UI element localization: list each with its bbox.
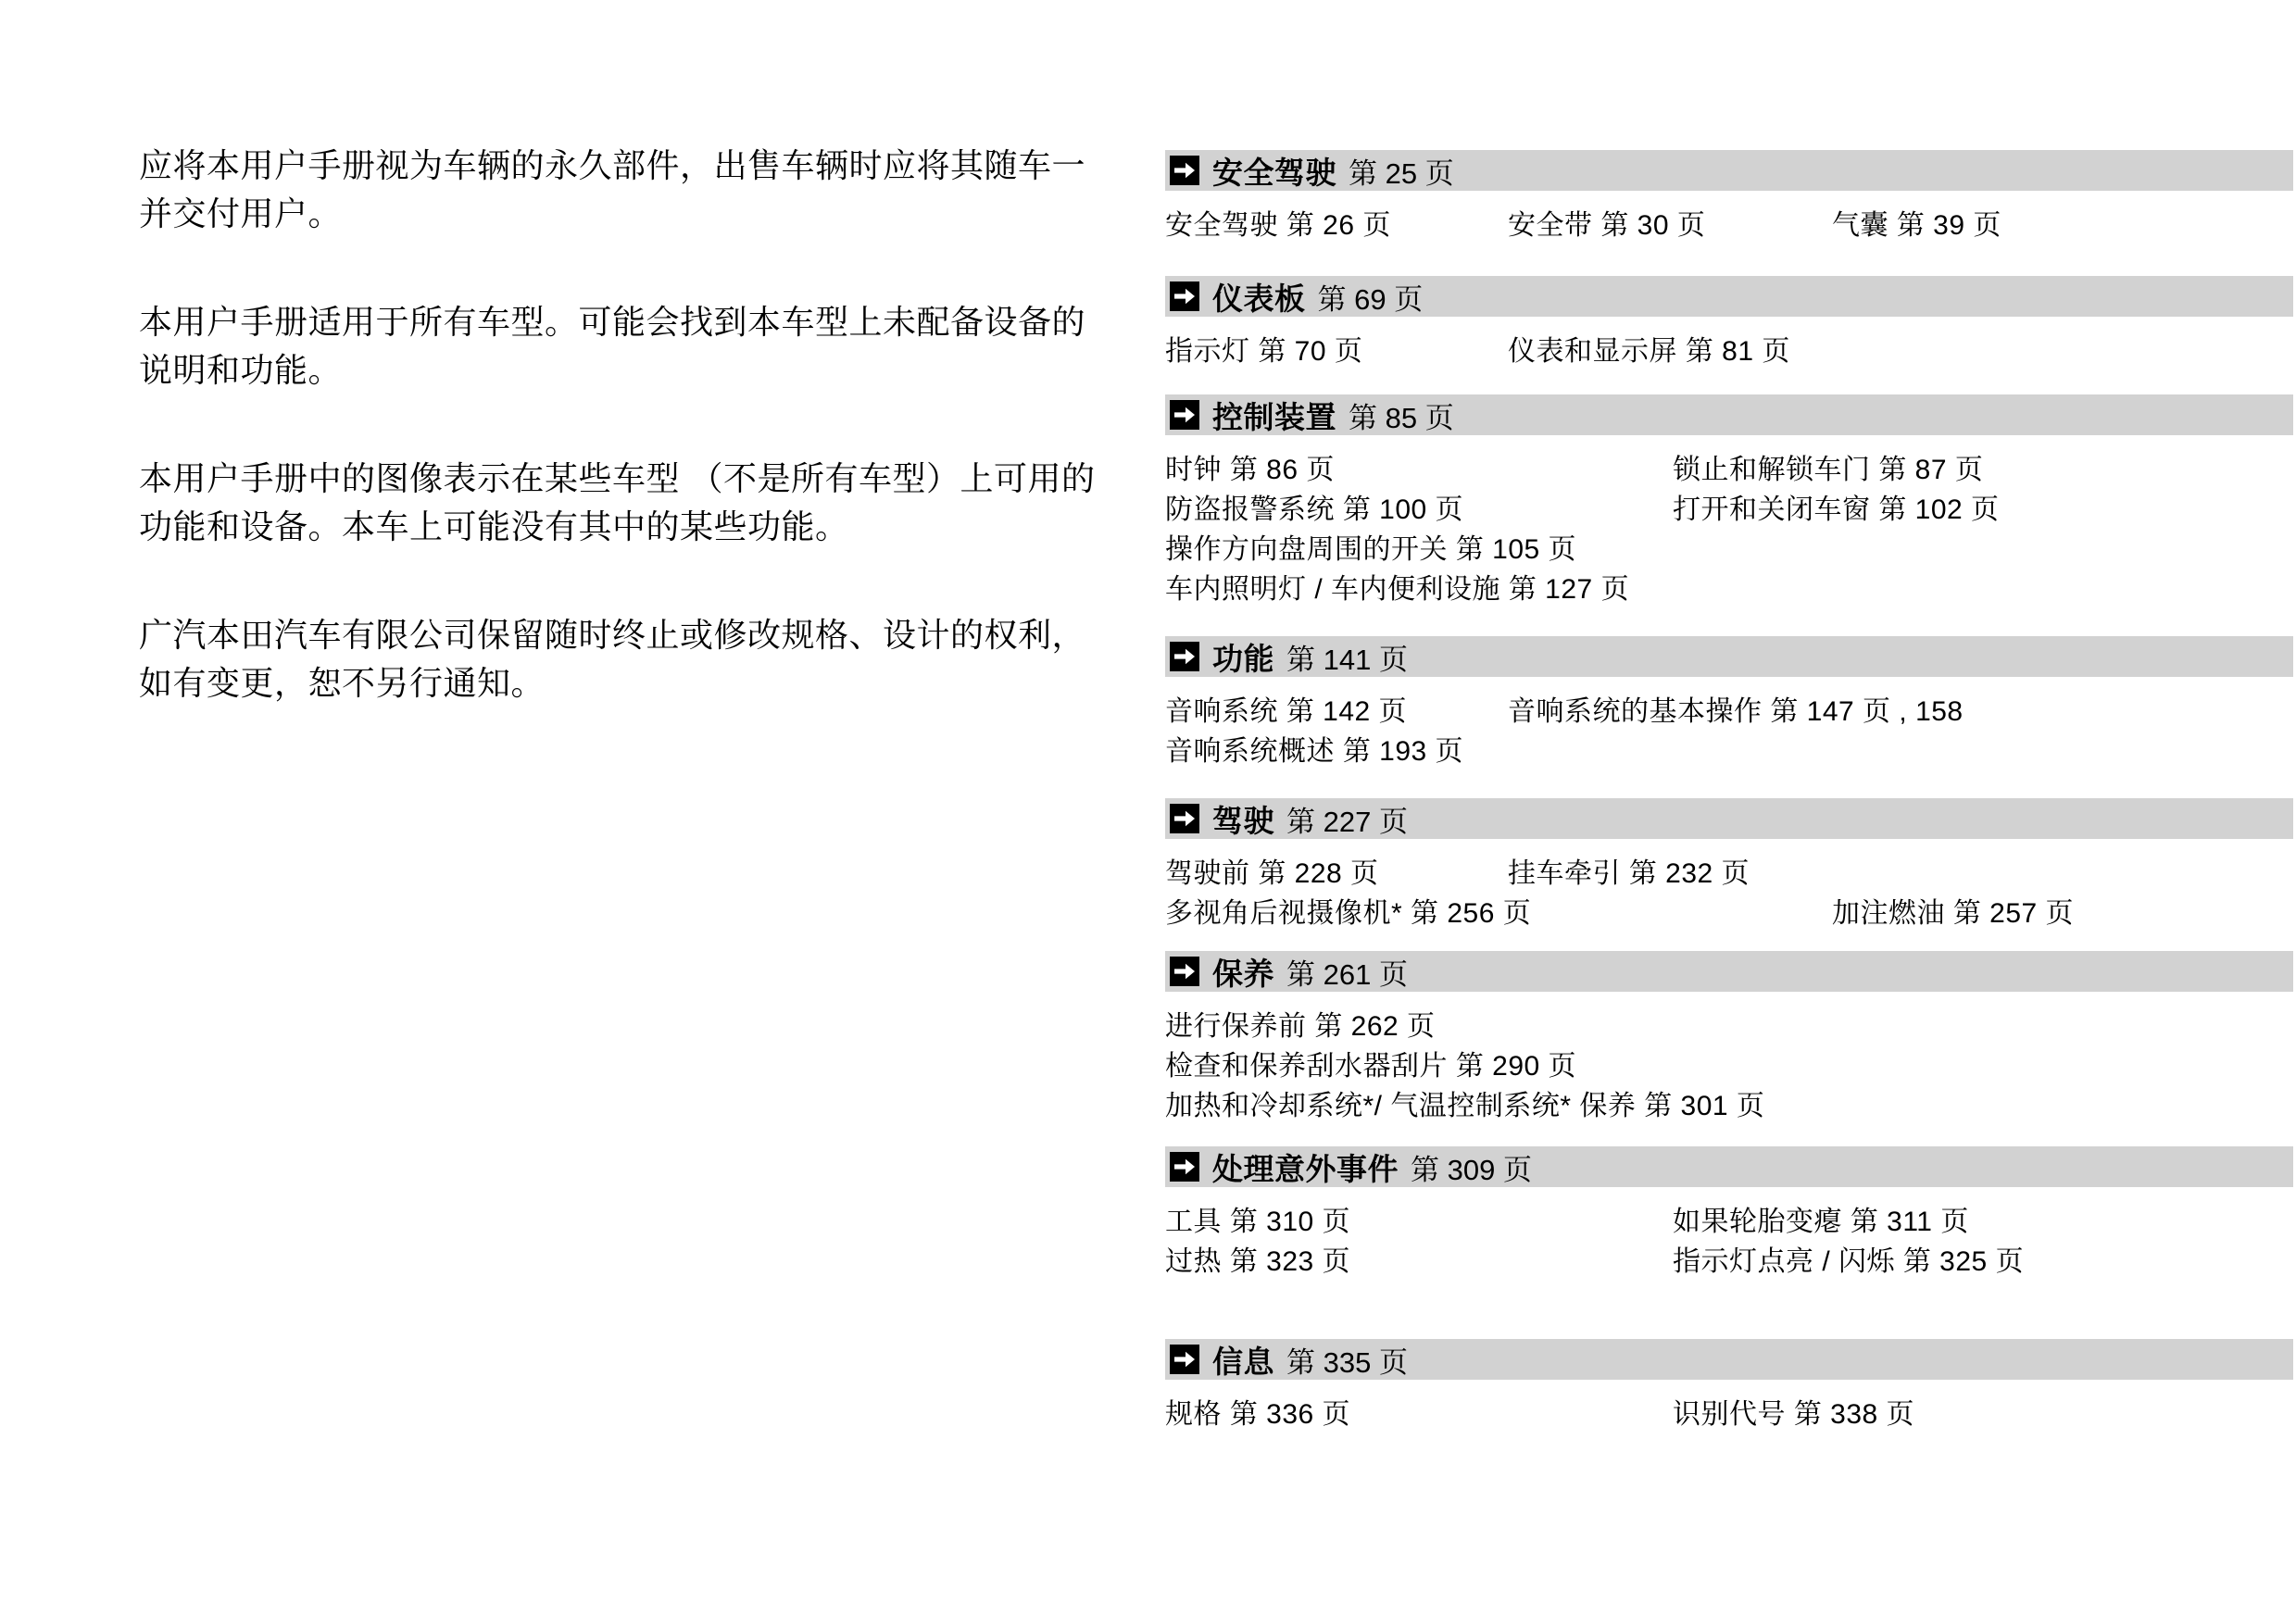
section-entries: 时钟 第 86 页 锁止和解锁车门 第 87 页 防盗报警系统 第 100 页 …	[1165, 435, 2293, 609]
arrow-right-icon	[1170, 1345, 1199, 1374]
intro-paragraph: 广汽本田汽车有限公司保留随时终止或修改规格、设计的权利， 如有变更，恕不另行通知…	[139, 611, 1176, 707]
entry-row: 音响系统概述 第 193 页	[1165, 732, 2293, 771]
toc-entry[interactable]: 锁止和解锁车门 第 87 页	[1673, 450, 1983, 490]
toc-entry[interactable]: 时钟 第 86 页	[1165, 450, 1335, 490]
toc-section-instrument-panel: 仪表板 第 69 页 指示灯 第 70 页 仪表和显示屏 第 81 页	[1165, 276, 2293, 371]
toc-entry[interactable]: 加注燃油 第 257 页	[1832, 894, 2074, 933]
arrow-right-icon	[1170, 156, 1199, 185]
section-page-ref: 第 25 页	[1349, 150, 1454, 192]
intro-line: 应将本用户手册视为车辆的永久部件，出售车辆时应将其随车一	[139, 142, 1176, 190]
toc-entry[interactable]: 如果轮胎变瘪 第 311 页	[1673, 1202, 1969, 1242]
section-header[interactable]: 仪表板 第 69 页	[1165, 276, 2293, 317]
section-title: 处理意外事件	[1212, 1145, 1399, 1189]
section-page-ref: 第 227 页	[1286, 798, 1408, 840]
intro-paragraph: 应将本用户手册视为车辆的永久部件，出售车辆时应将其随车一 并交付用户。	[139, 142, 1176, 238]
entry-row: 过热 第 323 页 指示灯点亮 / 闪烁 第 325 页	[1165, 1242, 2293, 1282]
toc-entry[interactable]: 驾驶前 第 228 页	[1165, 854, 1379, 894]
intro-paragraph: 本用户手册适用于所有车型。可能会找到本车型上未配备设备的 说明和功能。	[139, 298, 1176, 394]
section-page-ref: 第 69 页	[1318, 276, 1424, 318]
section-page-ref: 第 261 页	[1286, 951, 1408, 993]
section-entries: 规格 第 336 页 识别代号 第 338 页	[1165, 1380, 2293, 1434]
intro-line: 本用户手册中的图像表示在某些车型 （不是所有车型）上可用的	[139, 455, 1176, 503]
section-entries: 指示灯 第 70 页 仪表和显示屏 第 81 页	[1165, 317, 2293, 371]
entry-row: 车内照明灯 / 车内便利设施 第 127 页	[1165, 569, 2293, 609]
toc-section-maintenance: 保养 第 261 页 进行保养前 第 262 页 检查和保养刮水器刮片 第 29…	[1165, 951, 2293, 1126]
section-title: 信息	[1212, 1338, 1274, 1382]
intro-line: 功能和设备。本车上可能没有其中的某些功能。	[139, 503, 1176, 551]
section-header[interactable]: 处理意外事件 第 309 页	[1165, 1146, 2293, 1187]
toc-entry[interactable]: 指示灯点亮 / 闪烁 第 325 页	[1673, 1242, 2024, 1282]
toc-section-handling-unexpected: 处理意外事件 第 309 页 工具 第 310 页 如果轮胎变瘪 第 311 页…	[1165, 1146, 2293, 1282]
entry-row: 进行保养前 第 262 页	[1165, 1007, 2293, 1046]
toc-entry[interactable]: 打开和关闭车窗 第 102 页	[1673, 490, 2000, 530]
section-header[interactable]: 驾驶 第 227 页	[1165, 798, 2293, 839]
section-title: 保养	[1212, 950, 1274, 994]
section-header[interactable]: 安全驾驶 第 25 页	[1165, 150, 2293, 191]
toc-entry[interactable]: 音响系统的基本操作 第 147 页 , 158	[1508, 692, 1964, 732]
toc-entry[interactable]: 安全驾驶 第 26 页	[1165, 206, 1391, 245]
toc-section-features: 功能 第 141 页 音响系统 第 142 页 音响系统的基本操作 第 147 …	[1165, 636, 2293, 771]
section-entries: 驾驶前 第 228 页 挂车牵引 第 232 页 多视角后视摄像机* 第 256…	[1165, 839, 2293, 933]
section-title: 功能	[1212, 635, 1274, 679]
arrow-right-icon	[1170, 804, 1199, 833]
section-page-ref: 第 309 页	[1411, 1146, 1532, 1188]
entry-row: 音响系统 第 142 页 音响系统的基本操作 第 147 页 , 158	[1165, 692, 2293, 732]
toc-section-driving: 驾驶 第 227 页 驾驶前 第 228 页 挂车牵引 第 232 页 多视角后…	[1165, 798, 2293, 933]
toc-entry[interactable]: 操作方向盘周围的开关 第 105 页	[1165, 530, 1576, 569]
intro-line: 本用户手册适用于所有车型。可能会找到本车型上未配备设备的	[139, 298, 1176, 346]
section-entries: 安全驾驶 第 26 页 安全带 第 30 页 气囊 第 39 页	[1165, 191, 2293, 245]
toc-entry[interactable]: 加热和冷却系统*/ 气温控制系统* 保养 第 301 页	[1165, 1086, 1764, 1126]
section-page-ref: 第 141 页	[1286, 636, 1408, 678]
section-page-ref: 第 85 页	[1349, 394, 1454, 436]
toc-entry[interactable]: 仪表和显示屏 第 81 页	[1508, 332, 1790, 371]
toc-entry[interactable]: 音响系统概述 第 193 页	[1165, 732, 1463, 771]
entry-row: 多视角后视摄像机* 第 256 页 加注燃油 第 257 页	[1165, 894, 2293, 933]
section-entries: 音响系统 第 142 页 音响系统的基本操作 第 147 页 , 158 音响系…	[1165, 677, 2293, 771]
arrow-right-icon	[1170, 642, 1199, 671]
section-header[interactable]: 信息 第 335 页	[1165, 1339, 2293, 1380]
toc-entry[interactable]: 气囊 第 39 页	[1832, 206, 2001, 245]
section-page-ref: 第 335 页	[1286, 1339, 1408, 1381]
arrow-right-icon	[1170, 282, 1199, 311]
toc-section-safe-driving: 安全驾驶 第 25 页 安全驾驶 第 26 页 安全带 第 30 页 气囊 第 …	[1165, 150, 2293, 245]
section-title: 控制装置	[1212, 394, 1336, 437]
toc-entry[interactable]: 识别代号 第 338 页	[1673, 1395, 1914, 1434]
toc-section-controls: 控制装置 第 85 页 时钟 第 86 页 锁止和解锁车门 第 87 页 防盗报…	[1165, 394, 2293, 609]
section-header[interactable]: 功能 第 141 页	[1165, 636, 2293, 677]
toc-section-information: 信息 第 335 页 规格 第 336 页 识别代号 第 338 页	[1165, 1339, 2293, 1434]
entry-row: 指示灯 第 70 页 仪表和显示屏 第 81 页	[1165, 332, 2293, 371]
toc-entry[interactable]: 车内照明灯 / 车内便利设施 第 127 页	[1165, 569, 1629, 609]
intro-text-block: 应将本用户手册视为车辆的永久部件，出售车辆时应将其随车一 并交付用户。 本用户手…	[139, 142, 1176, 768]
entry-row: 检查和保养刮水器刮片 第 290 页	[1165, 1046, 2293, 1086]
manual-page: 应将本用户手册视为车辆的永久部件，出售车辆时应将其随车一 并交付用户。 本用户手…	[0, 0, 2296, 1614]
entry-row: 工具 第 310 页 如果轮胎变瘪 第 311 页	[1165, 1202, 2293, 1242]
arrow-right-icon	[1170, 400, 1199, 430]
toc-entry[interactable]: 安全带 第 30 页	[1508, 206, 1705, 245]
section-title: 安全驾驶	[1212, 149, 1336, 193]
entry-row: 规格 第 336 页 识别代号 第 338 页	[1165, 1395, 2293, 1434]
intro-line: 如有变更，恕不另行通知。	[139, 659, 1176, 707]
toc-entry[interactable]: 指示灯 第 70 页	[1165, 332, 1362, 371]
section-entries: 工具 第 310 页 如果轮胎变瘪 第 311 页 过热 第 323 页 指示灯…	[1165, 1187, 2293, 1282]
section-title: 驾驶	[1212, 797, 1274, 841]
intro-line: 并交付用户。	[139, 190, 1176, 238]
entry-row: 安全驾驶 第 26 页 安全带 第 30 页 气囊 第 39 页	[1165, 206, 2293, 245]
entry-row: 操作方向盘周围的开关 第 105 页	[1165, 530, 2293, 569]
section-header[interactable]: 保养 第 261 页	[1165, 951, 2293, 992]
toc-entry[interactable]: 进行保养前 第 262 页	[1165, 1007, 1436, 1046]
toc-entry[interactable]: 挂车牵引 第 232 页	[1508, 854, 1750, 894]
entry-row: 加热和冷却系统*/ 气温控制系统* 保养 第 301 页	[1165, 1086, 2293, 1126]
toc-entry[interactable]: 规格 第 336 页	[1165, 1395, 1350, 1434]
intro-paragraph: 本用户手册中的图像表示在某些车型 （不是所有车型）上可用的 功能和设备。本车上可…	[139, 455, 1176, 551]
arrow-right-icon	[1170, 1152, 1199, 1182]
arrow-right-icon	[1170, 957, 1199, 986]
entry-row: 防盗报警系统 第 100 页 打开和关闭车窗 第 102 页	[1165, 490, 2293, 530]
toc-entry[interactable]: 多视角后视摄像机* 第 256 页	[1165, 894, 1531, 933]
section-title: 仪表板	[1212, 275, 1306, 319]
toc-entry[interactable]: 工具 第 310 页	[1165, 1202, 1350, 1242]
toc-entry[interactable]: 音响系统 第 142 页	[1165, 692, 1407, 732]
toc-entry[interactable]: 检查和保养刮水器刮片 第 290 页	[1165, 1046, 1576, 1086]
toc-entry[interactable]: 防盗报警系统 第 100 页	[1165, 490, 1463, 530]
section-entries: 进行保养前 第 262 页 检查和保养刮水器刮片 第 290 页 加热和冷却系统…	[1165, 992, 2293, 1126]
toc-entry[interactable]: 过热 第 323 页	[1165, 1242, 1350, 1282]
intro-line: 说明和功能。	[139, 346, 1176, 394]
intro-line: 广汽本田汽车有限公司保留随时终止或修改规格、设计的权利，	[139, 611, 1176, 659]
entry-row: 驾驶前 第 228 页 挂车牵引 第 232 页	[1165, 854, 2293, 894]
entry-row: 时钟 第 86 页 锁止和解锁车门 第 87 页	[1165, 450, 2293, 490]
section-header[interactable]: 控制装置 第 85 页	[1165, 394, 2293, 435]
